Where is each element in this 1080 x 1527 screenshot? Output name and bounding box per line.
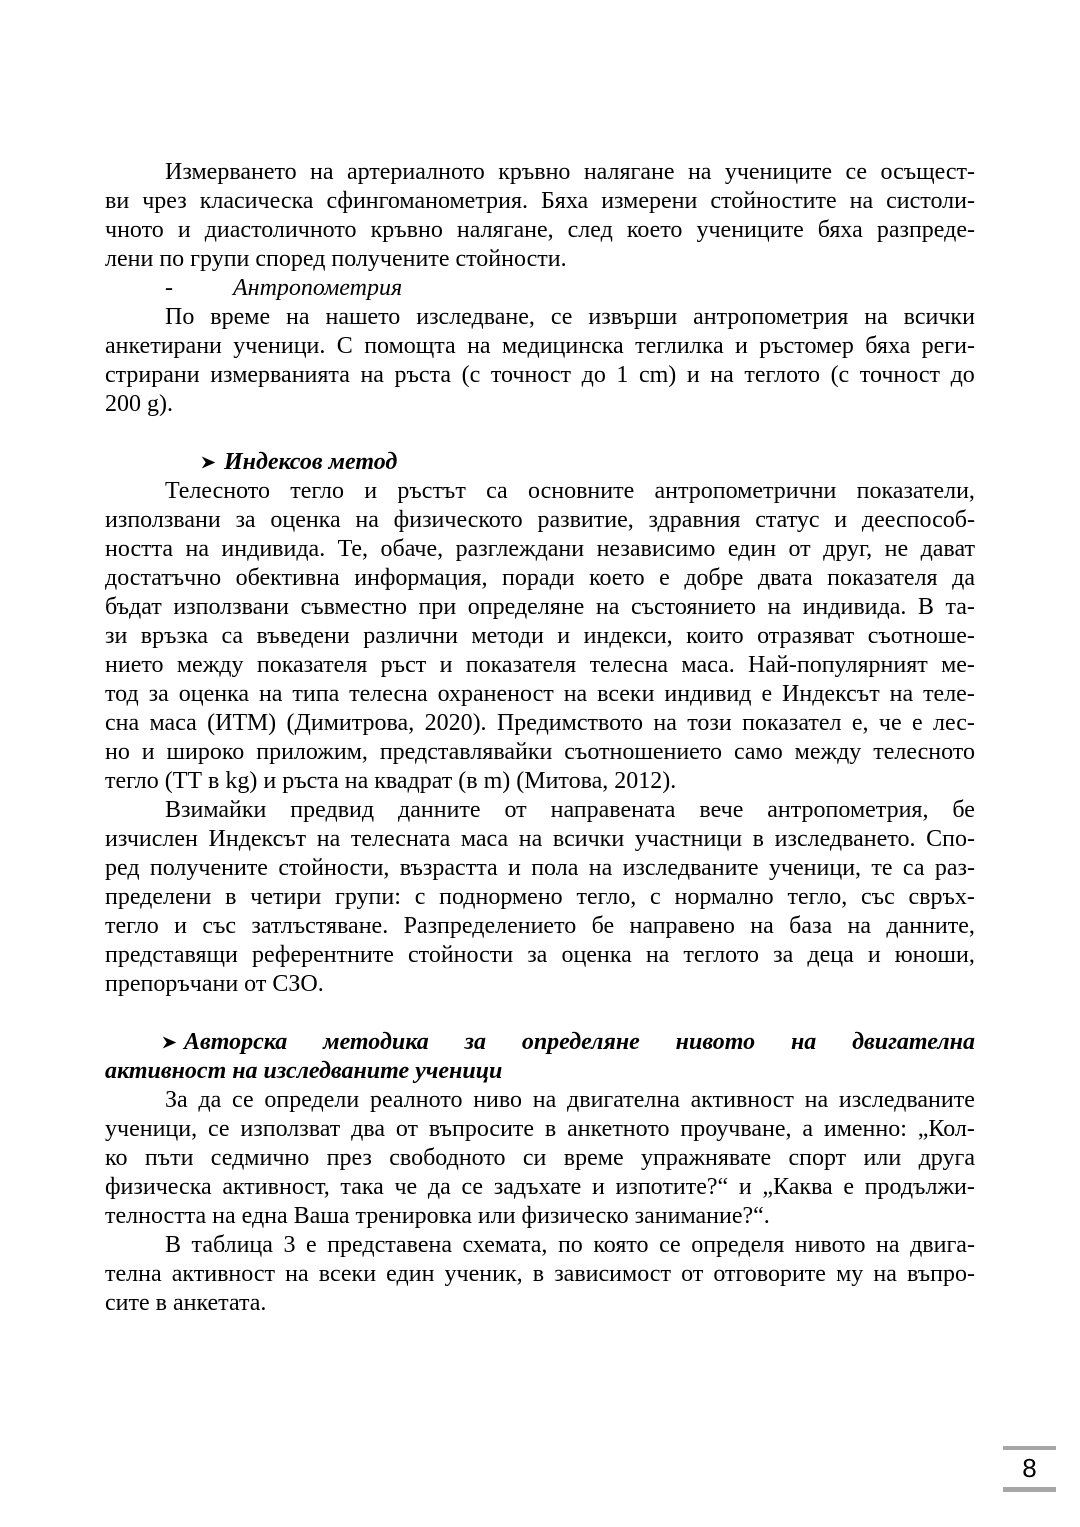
section-heading-label: Индексов метод (224, 449, 397, 475)
text-line: Измерванетонаартериалнотокръвноналяганен… (105, 158, 975, 187)
text-line: пределенивчетиригрупи:споднорменотегло,с… (105, 883, 975, 912)
document-page: Измерванетонаартериалнотокръвноналяганен… (0, 0, 1080, 1527)
page-number-rule-bottom (1003, 1487, 1056, 1492)
text-line: 200 g). (105, 390, 975, 419)
text-line: редполученитестойности,възрасттаиполанаи… (105, 854, 975, 883)
text-line: изчисленИндексътнателеснатамасанавсичкиу… (105, 825, 975, 854)
list-item: -Антропометрия (105, 274, 975, 303)
section-heading: Авторскаметодиказаопределяненивотонадвиг… (105, 1028, 975, 1086)
text-line: носттанаиндивида.Те,обаче,разглежданинез… (105, 535, 975, 564)
text-line: представящиреферентнитестойностизаоценка… (105, 941, 975, 970)
text-line: вичрезкласическасфингоманометрия.Бяхаизм… (105, 187, 975, 216)
text-line: физическаактивност,такачедасезадъхатеииз… (105, 1173, 975, 1202)
section-heading: Индексов метод (105, 448, 975, 477)
paragraph: Взимайкипредвидданнитеотнаправенатавечеа… (105, 796, 975, 999)
page-number: 8 (1003, 1450, 1056, 1487)
text-line: сите в анкетата. (105, 1289, 975, 1318)
text-line: лени по групи според получените стойност… (105, 245, 975, 274)
arrow-bullet-icon (200, 454, 217, 471)
page-body: Измерванетонаартериалнотокръвноналяганен… (105, 158, 975, 1318)
text-line: използванизаоценканафизическоторазвитие,… (105, 506, 975, 535)
text-line: Втаблица3епредставенасхемата,покоятосеоп… (105, 1231, 975, 1260)
text-line: активност на изследваните ученици (105, 1057, 975, 1086)
blank-line (105, 999, 975, 1028)
paragraph: Телеснототеглоиръстътсаосновнитеантропом… (105, 477, 975, 796)
text-line: бъдатизползванисъвместноприопределяненас… (105, 593, 975, 622)
text-line: препоръчани от СЗО. (105, 970, 975, 999)
text-line: анкетираниученици.Спомощтанамедицинскате… (105, 332, 975, 361)
paragraph: Повременанашетоизследване,сеизвършиантро… (105, 303, 975, 419)
list-item-label: Антропометрия (233, 275, 402, 301)
arrow-bullet-icon (161, 1034, 178, 1051)
text-line: Взимайкипредвидданнитеотнаправенатавечеа… (105, 796, 975, 825)
text-line: теглоисъсзатлъстяване.Разпределениетобен… (105, 912, 975, 941)
paragraph: Задасеопределиреалнотонивонадвигателнаак… (105, 1086, 975, 1231)
text-line: снамаса(ИТМ)(Димитрова,2020).Предимствот… (105, 709, 975, 738)
text-line: Авторскаметодиказаопределяненивотонадвиг… (105, 1028, 975, 1057)
text-line: тегло (ТТ в kg) и ръста на квадрат (в m)… (105, 767, 975, 796)
text-line: стрираниизмерваниятанаръста(сточностдо1c… (105, 361, 975, 390)
text-line: ученици,сеизползватдваотвъпроситеванкетн… (105, 1115, 975, 1144)
text-line: тодзаоценканатипателеснаохраненостнавсек… (105, 680, 975, 709)
text-line: ноиширокоприложим,представлявайкисъотнош… (105, 738, 975, 767)
text-line: копътиседмичнопрезсвободнотосивремеупраж… (105, 1144, 975, 1173)
dash-marker: - (165, 274, 233, 303)
text-line: Задасеопределиреалнотонивонадвигателнаак… (105, 1086, 975, 1115)
text-line: зивръзкасавъведениразличниметодиииндекси… (105, 622, 975, 651)
text-line: телнаактивностнавсекиединученик,взависим… (105, 1260, 975, 1289)
page-number-block: 8 (1003, 1446, 1056, 1492)
text-line: телността на една Ваша тренировка или фи… (105, 1202, 975, 1231)
text-line: Повременанашетоизследване,сеизвършиантро… (105, 303, 975, 332)
text-line: чнотоидиастоличнотокръвноналягане,следко… (105, 216, 975, 245)
blank-line (105, 419, 975, 448)
text-line: ниетомеждупоказателяръстипоказателятелес… (105, 651, 975, 680)
paragraph: Втаблица3епредставенасхемата,покоятосеоп… (105, 1231, 975, 1318)
paragraph: Измерванетонаартериалнотокръвноналяганен… (105, 158, 975, 274)
text-line: Телеснототеглоиръстътсаосновнитеантропом… (105, 477, 975, 506)
text-line: достатъчнообективнаинформация,порадикоет… (105, 564, 975, 593)
